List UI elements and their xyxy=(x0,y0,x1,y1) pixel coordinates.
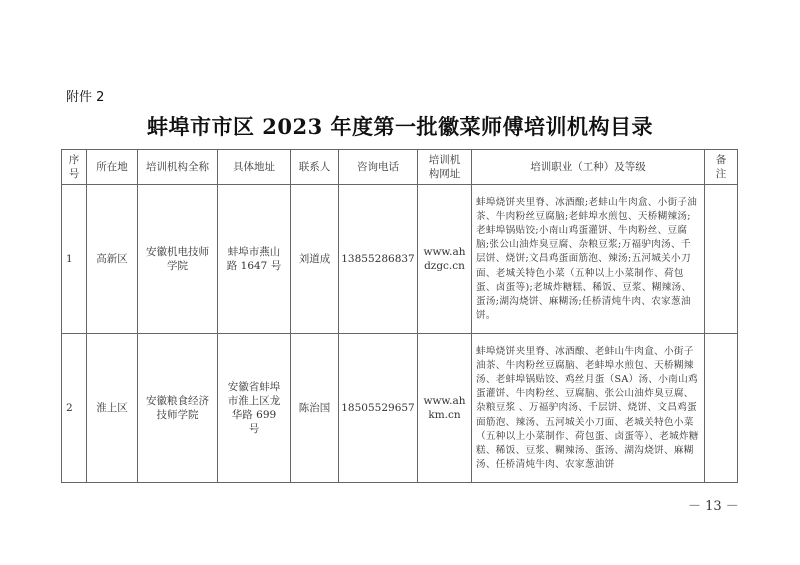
cell-jobs: 蚌埠烧饼夹里脊、冰酒酿;老蚌山牛肉盒、小街子油茶、牛肉粉丝豆腐脑;老蚌埠水煎包、… xyxy=(472,185,705,334)
cell-district: 淮上区 xyxy=(87,334,138,483)
header-district: 所在地 xyxy=(87,150,138,185)
header-notes: 备注 xyxy=(705,150,738,185)
cell-contact: 刘道成 xyxy=(291,185,339,334)
table-row: 2 淮上区 安徽粮食经济技师学院 安徽省蚌埠市淮上区龙华路 699 号 陈治国 … xyxy=(62,334,738,483)
page-title: 蚌埠市市区 2023 年度第一批徽菜师傅培训机构目录 xyxy=(0,111,800,141)
institution-directory-table: 序号 所在地 培训机构全称 具体地址 联系人 咨询电话 培训机构网址 培训职业（… xyxy=(61,149,738,483)
cell-address: 安徽省蚌埠市淮上区龙华路 699 号 xyxy=(218,334,291,483)
cell-institution: 安徽粮食经济技师学院 xyxy=(138,334,218,483)
table-header-row: 序号 所在地 培训机构全称 具体地址 联系人 咨询电话 培训机构网址 培训职业（… xyxy=(62,150,738,185)
cell-address: 蚌埠市燕山路 1647 号 xyxy=(218,185,291,334)
cell-phone: 18505529657 xyxy=(339,334,418,483)
header-institution: 培训机构全称 xyxy=(138,150,218,185)
header-phone: 咨询电话 xyxy=(339,150,418,185)
cell-notes xyxy=(705,334,738,483)
page-number: － 13 － xyxy=(688,495,739,514)
cell-notes xyxy=(705,185,738,334)
cell-jobs: 蚌埠烧饼夹里脊、冰酒酿、老蚌山牛肉盒、小街子油茶、牛肉粉丝豆腐脑、老蚌埠水煎包、… xyxy=(472,334,705,483)
cell-phone: 13855286837 xyxy=(339,185,418,334)
header-website: 培训机构网址 xyxy=(418,150,472,185)
cell-index: 1 xyxy=(62,185,87,334)
attachment-label: 附件 2 xyxy=(66,86,104,105)
cell-contact: 陈治国 xyxy=(291,334,339,483)
header-index: 序号 xyxy=(62,150,87,185)
cell-website[interactable]: www.ahdzgc.cn xyxy=(418,185,472,334)
header-jobs: 培训职业（工种）及等级 xyxy=(472,150,705,185)
cell-district: 高新区 xyxy=(87,185,138,334)
cell-website[interactable]: www.ahkm.cn xyxy=(418,334,472,483)
header-address: 具体地址 xyxy=(218,150,291,185)
header-contact: 联系人 xyxy=(291,150,339,185)
cell-index: 2 xyxy=(62,334,87,483)
cell-institution: 安徽机电技师学院 xyxy=(138,185,218,334)
table-row: 1 高新区 安徽机电技师学院 蚌埠市燕山路 1647 号 刘道成 1385528… xyxy=(62,185,738,334)
